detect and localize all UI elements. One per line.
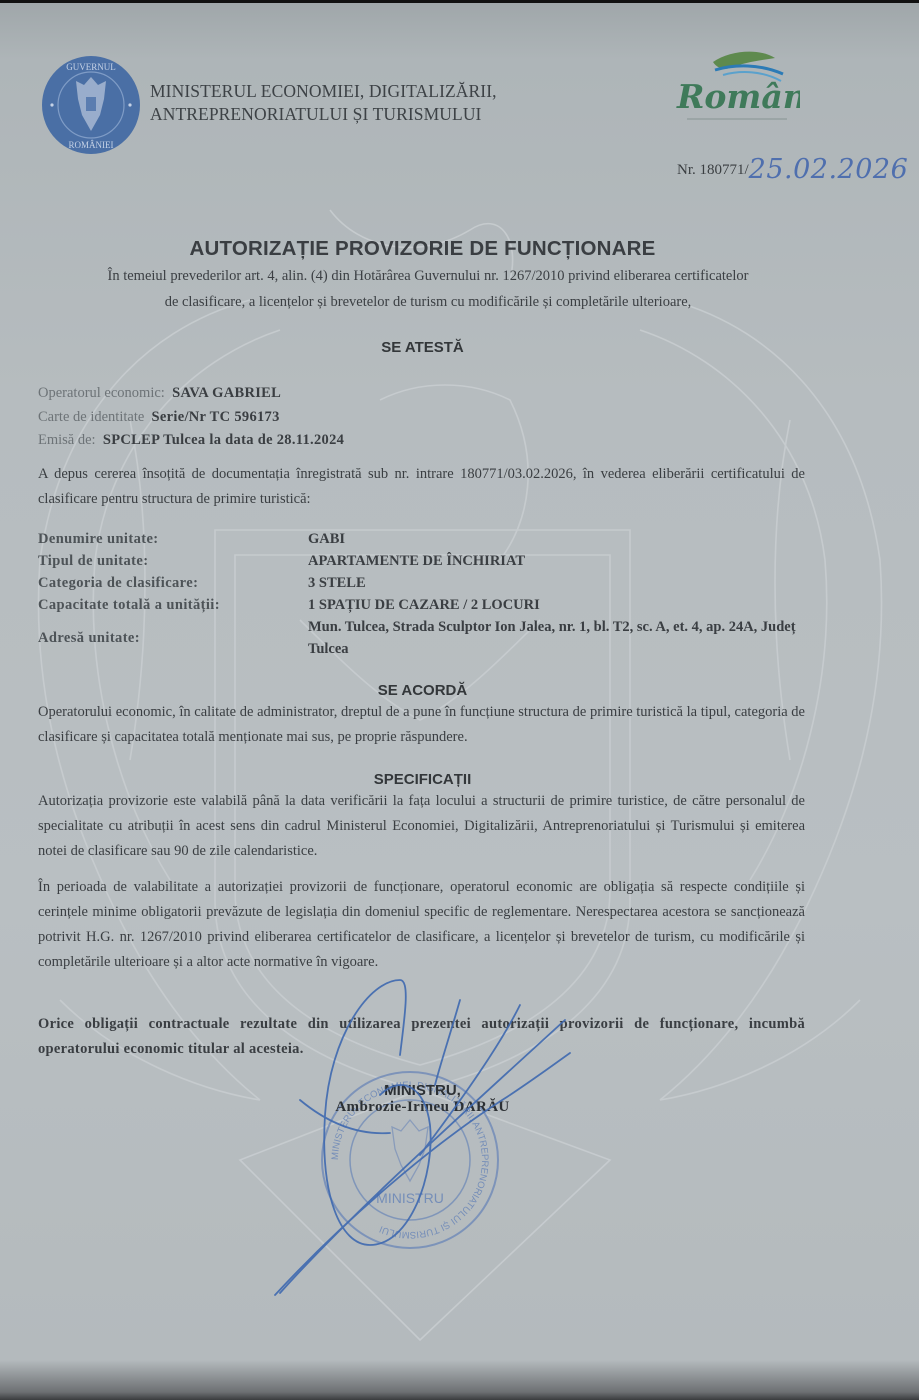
ministry-name-line2: ANTREPRENORIATULUI ȘI TURISMULUI bbox=[150, 103, 497, 126]
heading-specificatii: SPECIFICAȚII bbox=[0, 771, 845, 788]
registration-number-label: Nr. 180771/ bbox=[677, 162, 749, 178]
unit-label: Adresă unitate: bbox=[38, 616, 308, 660]
unit-value: GABI bbox=[308, 528, 808, 550]
unit-value: 1 SPAȚIU DE CAZARE / 2 LOCURI bbox=[308, 594, 808, 616]
unit-value: APARTAMENTE DE ÎNCHIRIAT bbox=[308, 550, 808, 572]
ministry-name: MINISTERUL ECONOMIEI, DIGITALIZĂRII, ANT… bbox=[150, 80, 497, 126]
legal-basis-line2: de clasificare, a licențelor și brevetel… bbox=[28, 289, 828, 315]
id-card-row: Carte de identitate Serie/Nr TC 596173 bbox=[38, 406, 344, 430]
registration-number: Nr. 180771/25.02.2026 bbox=[677, 150, 908, 181]
heading-se-acorda: SE ACORDĂ bbox=[0, 682, 845, 699]
document-title: AUTORIZAȚIE PROVIZORIE DE FUNCȚIONARE bbox=[0, 237, 845, 261]
romania-tourism-leaf-logo-icon: România bbox=[675, 48, 800, 128]
issued-by-value: SPCLEP Tulcea la data de 28.11.2024 bbox=[103, 432, 344, 448]
legal-basis: În temeiul prevederilor art. 4, alin. (4… bbox=[28, 263, 828, 315]
unit-label: Categoria de clasificare: bbox=[38, 572, 308, 594]
unit-row: Categoria de clasificare:3 STELE bbox=[38, 572, 808, 594]
unit-label: Denumire unitate: bbox=[38, 528, 308, 550]
ministry-name-line1: MINISTERUL ECONOMIEI, DIGITALIZĂRII, bbox=[150, 80, 497, 103]
unit-value: Mun. Tulcea, Strada Sculptor Ion Jalea, … bbox=[308, 616, 808, 660]
unit-row: Tipul de unitate:APARTAMENTE DE ÎNCHIRIA… bbox=[38, 550, 808, 572]
unit-label: Tipul de unitate: bbox=[38, 550, 308, 572]
unit-label: Capacitate totală a unității: bbox=[38, 594, 308, 616]
legal-basis-line1: În temeiul prevederilor art. 4, alin. (4… bbox=[28, 263, 828, 289]
handwritten-signature-icon bbox=[260, 975, 590, 1305]
operator-row: Operatorul economic: SAVA GABRIEL bbox=[38, 382, 344, 406]
svg-text:ROMÂNIEI: ROMÂNIEI bbox=[69, 140, 114, 150]
operator-identity: Operatorul economic: SAVA GABRIEL Carte … bbox=[38, 382, 344, 453]
id-card-label: Carte de identitate bbox=[38, 409, 144, 425]
operator-value: SAVA GABRIEL bbox=[172, 385, 281, 401]
unit-row: Capacitate totală a unității:1 SPAȚIU DE… bbox=[38, 594, 808, 616]
unit-row: Denumire unitate:GABI bbox=[38, 528, 808, 550]
romanian-government-seal-icon: GUVERNUL ROMÂNIEI bbox=[40, 55, 143, 155]
handwritten-date: 25.02.2026 bbox=[749, 154, 909, 185]
grant-paragraph: Operatorului economic, în calitate de ad… bbox=[38, 700, 805, 750]
heading-se-atesta: SE ATESTĂ bbox=[0, 339, 845, 356]
issued-by-label: Emisă de: bbox=[38, 432, 96, 448]
unit-details-table: Denumire unitate:GABI Tipul de unitate:A… bbox=[38, 528, 808, 660]
issued-by-row: Emisă de: SPCLEP Tulcea la data de 28.11… bbox=[38, 429, 344, 453]
photo-top-edge bbox=[0, 0, 919, 3]
unit-row: Adresă unitate:Mun. Tulcea, Strada Sculp… bbox=[38, 616, 808, 660]
request-paragraph: A depus cererea însoțită de documentația… bbox=[38, 462, 805, 512]
specification-paragraph-1: Autorizația provizorie este valabilă pân… bbox=[38, 789, 805, 864]
operator-label: Operatorul economic: bbox=[38, 385, 165, 401]
id-card-value: Serie/Nr TC 596173 bbox=[152, 409, 280, 425]
svg-text:GUVERNUL: GUVERNUL bbox=[66, 62, 116, 72]
specification-paragraph-2: În perioada de valabilitate a autorizați… bbox=[38, 875, 805, 975]
svg-text:România: România bbox=[676, 77, 800, 116]
unit-value: 3 STELE bbox=[308, 572, 808, 594]
